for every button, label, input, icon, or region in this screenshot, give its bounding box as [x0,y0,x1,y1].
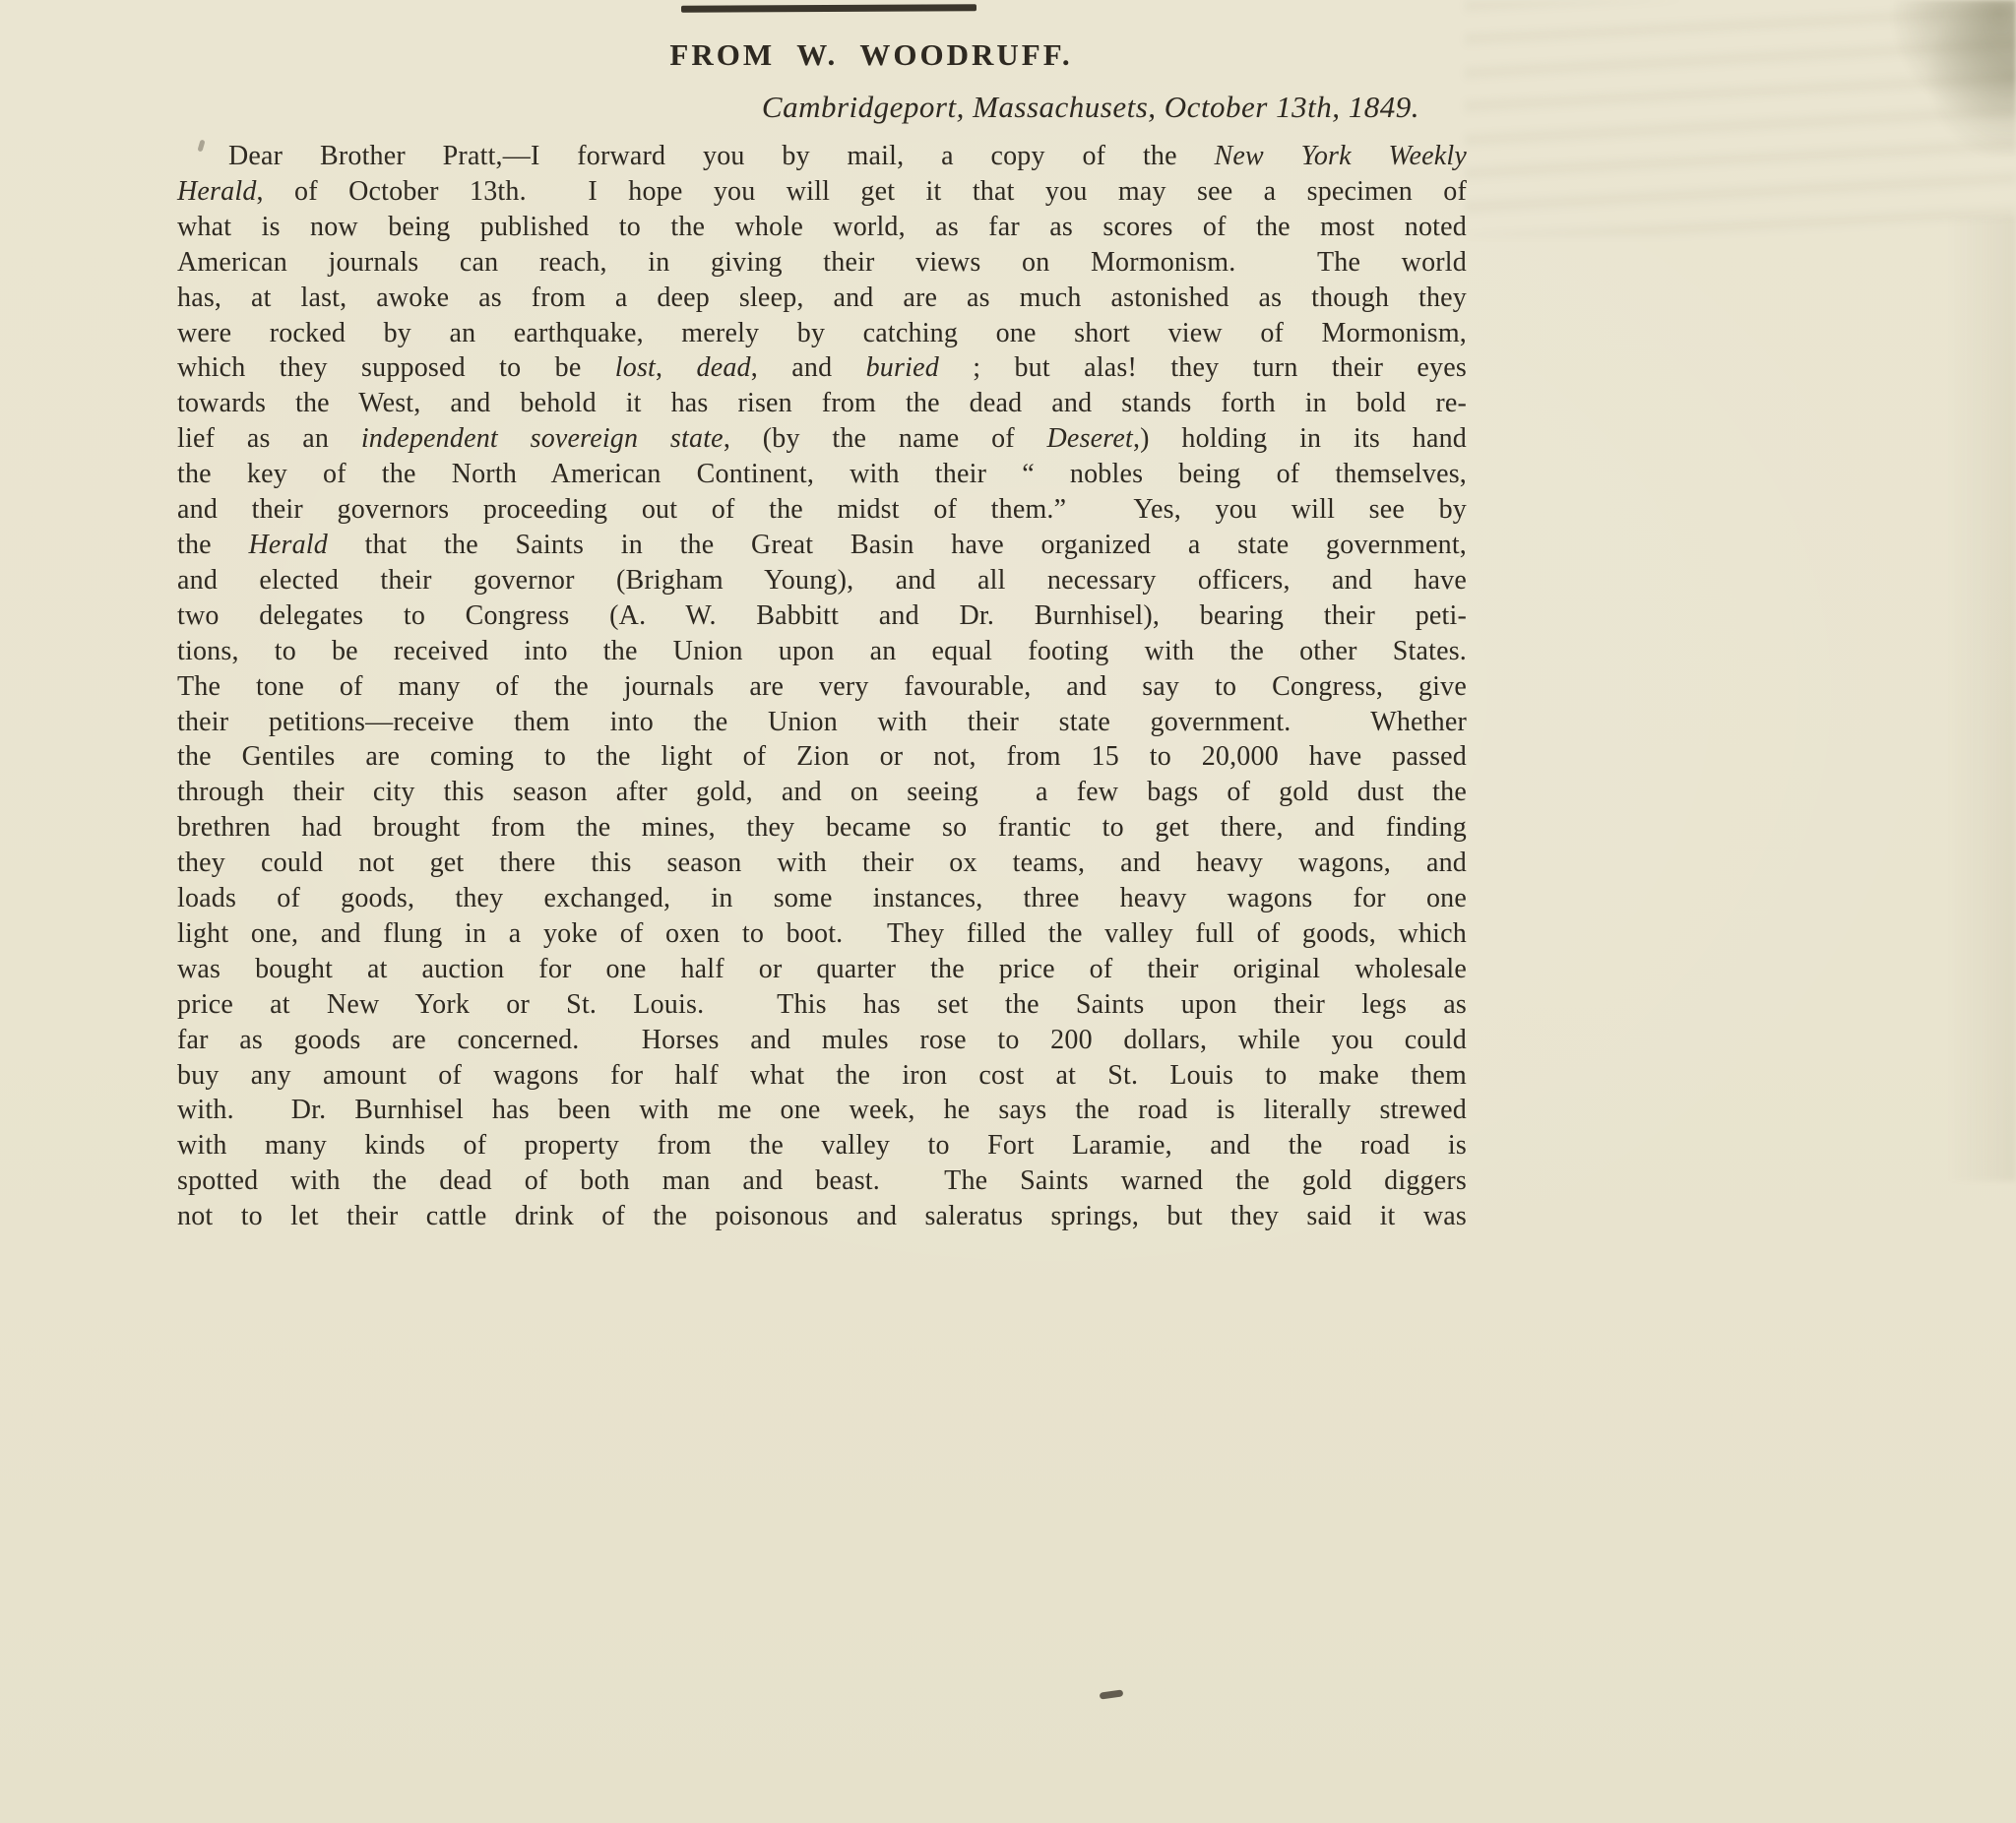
text-line: Herald, of October 13th. I hope you will… [177,174,1467,210]
text-line: lief as an independent sovereign state, … [177,421,1467,457]
text-line: was bought at auction for one half or qu… [177,952,1467,987]
text-line: they could not get there this season wit… [177,846,1467,881]
text-line: Dear Brother Pratt,—I forward you by mai… [177,139,1467,174]
text-line: their petitions—receive them into the Un… [177,705,1467,740]
divider-rule [681,4,976,13]
text-line: light one, and flung in a yoke of oxen t… [177,916,1467,952]
text-line: what is now being published to the whole… [177,210,1467,245]
bleedthrough-edge [1947,217,2016,1181]
text-line: were rocked by an earthquake, merely by … [177,316,1467,351]
ink-speck [1100,1689,1124,1699]
text-line: with many kinds of property from the val… [177,1128,1467,1163]
letter-body: Dear Brother Pratt,—I forward you by mai… [177,139,1467,1234]
text-line: The tone of many of the journals are ver… [177,669,1467,705]
text-line: not to let their cattle drink of the poi… [177,1199,1467,1234]
text-line: American journals can reach, in giving t… [177,245,1467,281]
text-line: spotted with the dead of both man and be… [177,1163,1467,1199]
text-line: towards the West, and behold it has rise… [177,386,1467,421]
text-line: the Gentiles are coming to the light of … [177,739,1467,775]
text-line: has, at last, awoke as from a deep sleep… [177,281,1467,316]
corner-smudge [1878,0,2016,157]
text-line: the Herald that the Saints in the Great … [177,528,1467,563]
document-page: FROM W. WOODRUFF. Cambridgeport, Massach… [0,0,2016,1823]
text-line: and elected their governor (Brigham Youn… [177,563,1467,598]
text-line: brethren had brought from the mines, the… [177,810,1467,846]
text-line: price at New York or St. Louis. This has… [177,987,1467,1023]
text-line: the key of the North American Continent,… [177,457,1467,492]
text-line: through their city this season after gol… [177,775,1467,810]
text-line: with. Dr. Burnhisel has been with me one… [177,1093,1467,1128]
text-line: two delegates to Congress (A. W. Babbitt… [177,598,1467,634]
text-line: loads of goods, they exchanged, in some … [177,881,1467,916]
text-line: which they supposed to be lost, dead, an… [177,350,1467,386]
text-line: tions, to be received into the Union upo… [177,634,1467,669]
dateline: Cambridgeport, Massachusets, October 13t… [177,90,1419,125]
text-line: far as goods are concerned. Horses and m… [177,1023,1467,1058]
letter-heading: FROM W. WOODRUFF. [226,37,1516,73]
text-line: buy any amount of wagons for half what t… [177,1058,1467,1094]
text-line: and their governors proceeding out of th… [177,492,1467,528]
